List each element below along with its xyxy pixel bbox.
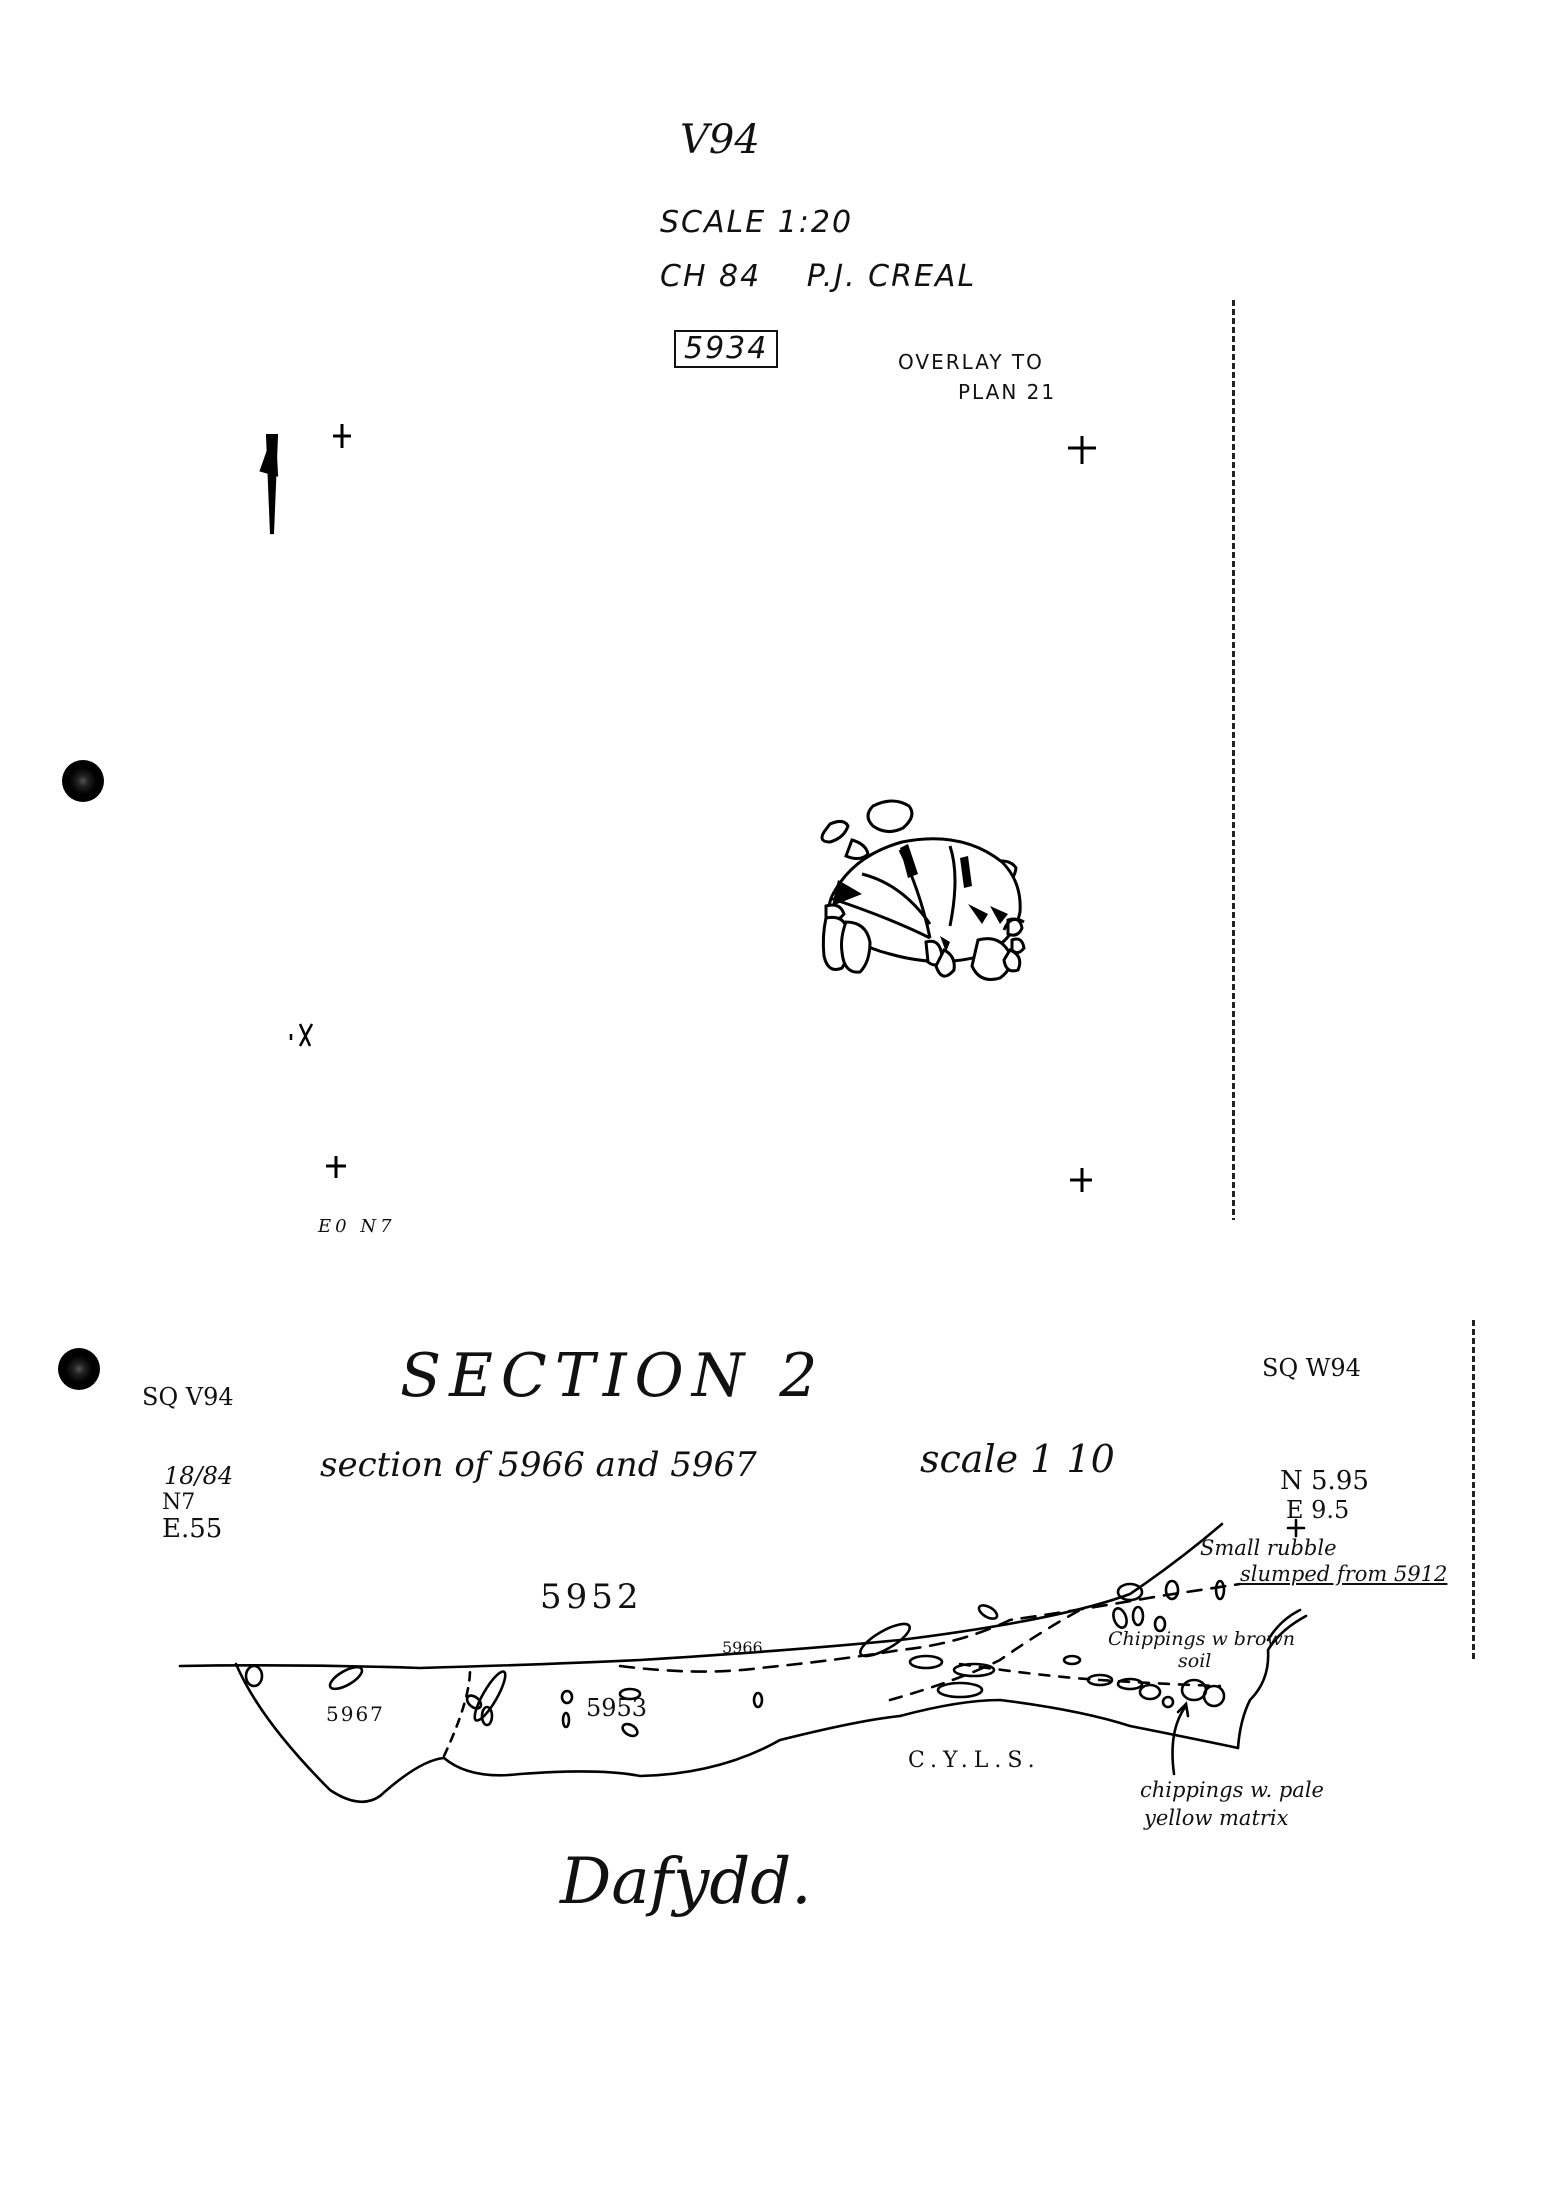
label-bedrock: C.Y.L.S. xyxy=(908,1750,1041,1772)
label-5966: 5966 xyxy=(722,1640,763,1656)
chippings-boundary-upper xyxy=(890,1610,1080,1700)
label-5967: 5967 xyxy=(326,1704,385,1724)
note-yellow-line1: chippings w. pale xyxy=(1140,1780,1324,1801)
pit-5967-cut xyxy=(236,1664,900,1802)
note-brown-line2: soil xyxy=(1178,1652,1211,1671)
note-brown-line1: Chippings w brown xyxy=(1108,1630,1295,1649)
note-rubble-line2: slumped from 5912 xyxy=(1240,1564,1447,1585)
signature: Dafydd. xyxy=(560,1850,812,1914)
label-5952: 5952 xyxy=(540,1580,643,1614)
annotation-arrow xyxy=(1173,1704,1189,1774)
label-5953: 5953 xyxy=(586,1696,647,1720)
note-rubble-line1: Small rubble xyxy=(1200,1538,1337,1559)
pit-5967-boundary xyxy=(444,1670,470,1756)
note-yellow-line2: yellow matrix xyxy=(1144,1808,1289,1829)
ground-surface-line xyxy=(180,1524,1222,1668)
